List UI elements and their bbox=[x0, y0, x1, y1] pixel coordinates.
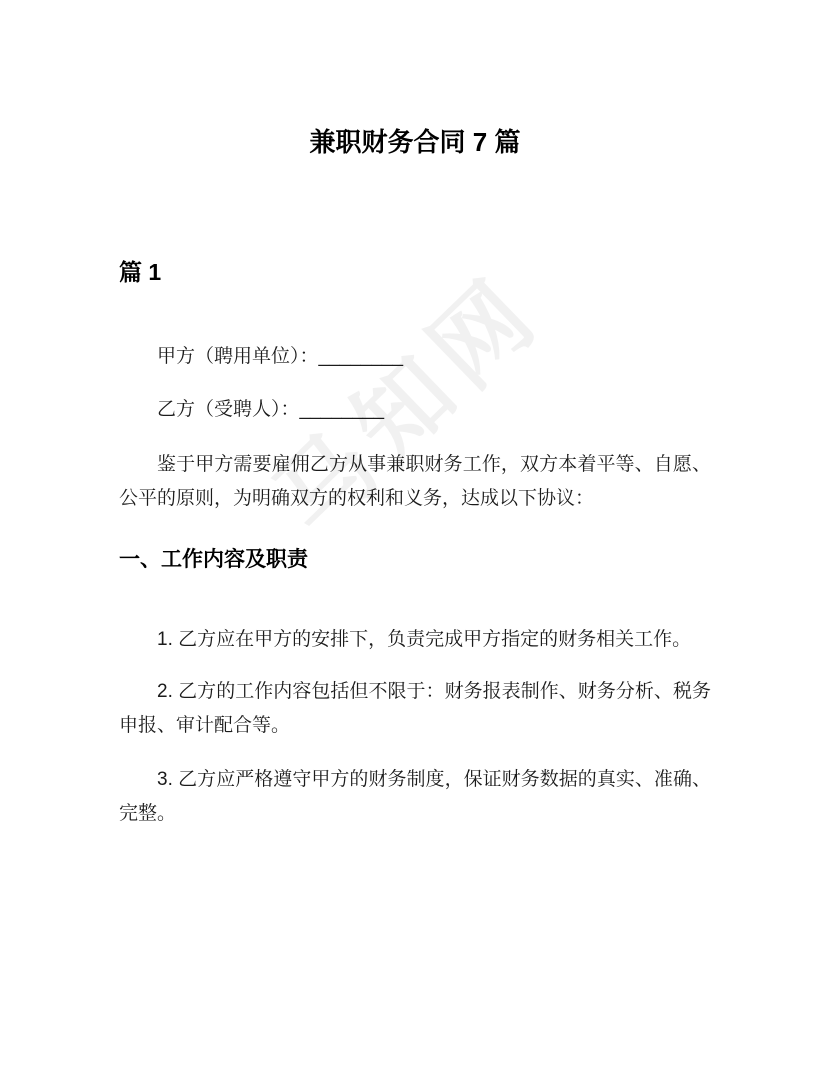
contract-item-1: 1. 乙方应在甲方的安排下，负责完成甲方指定的财务相关工作。 bbox=[119, 623, 711, 657]
document-content: 兼职财务合同 7 篇 篇 1 甲方（聘用单位）：________ 乙方（受聘人）… bbox=[0, 0, 830, 831]
contract-item-3: 3. 乙方应严格遵守甲方的财务制度，保证财务数据的真实、准确、完整。 bbox=[119, 763, 711, 831]
section-label: 篇 1 bbox=[119, 254, 711, 290]
section-1-heading: 一、工作内容及职责 bbox=[119, 543, 711, 577]
contract-item-2: 2. 乙方的工作内容包括但不限于：财务报表制作、财务分析、税务申报、审计配合等。 bbox=[119, 675, 711, 743]
document-page: 马知网 兼职财务合同 7 篇 篇 1 甲方（聘用单位）：________ 乙方（… bbox=[0, 0, 830, 1074]
document-title: 兼职财务合同 7 篇 bbox=[119, 124, 711, 160]
party-a-blank-line: 甲方（聘用单位）：________ bbox=[119, 340, 711, 374]
preamble-paragraph: 鉴于甲方需要雇佣乙方从事兼职财务工作，双方本着平等、自愿、公平的原则，为明确双方… bbox=[119, 448, 711, 516]
party-b-blank-line: 乙方（受聘人）：________ bbox=[119, 393, 711, 427]
